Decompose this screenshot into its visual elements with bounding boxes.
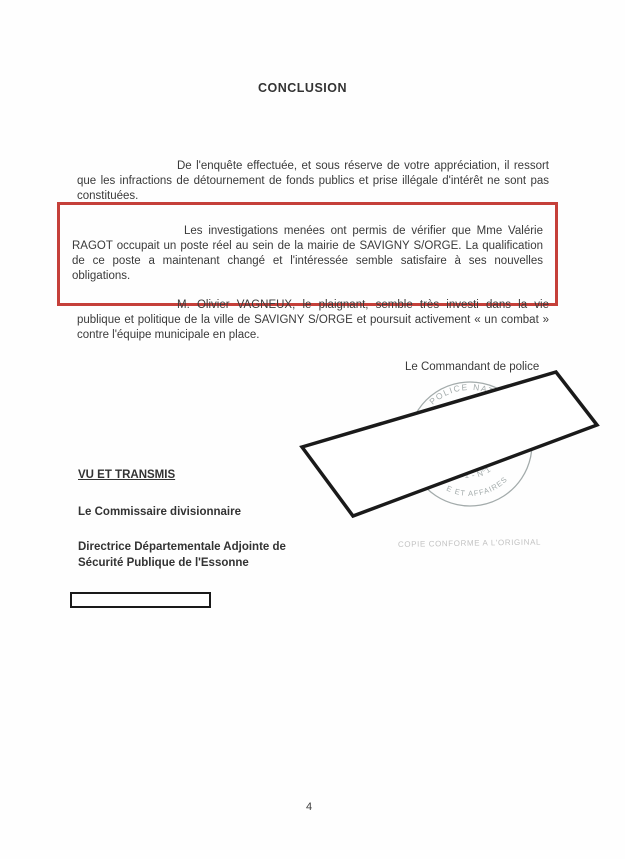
red-highlight-box: Les investigations menées ont permis de … [57, 202, 558, 306]
page-title: CONCLUSION [0, 81, 605, 95]
name-redaction-box [70, 592, 211, 608]
paragraph-highlighted: Les investigations menées ont permis de … [72, 224, 543, 284]
commissaire-divisionnaire-label: Le Commissaire divisionnaire [78, 505, 241, 521]
page-number: 4 [0, 801, 618, 813]
copy-conforme-note: COPIE CONFORME A L'ORIGINAL [398, 538, 541, 549]
stamp-and-redaction-area: POLICE NATIONALE E ET AFFAIRES DDSP 91 -… [280, 358, 625, 558]
document-page: CONCLUSION De l'enquête effectuée, et so… [0, 0, 625, 859]
directrice-departementale-label: Directrice Départementale Adjointe de Sé… [78, 540, 320, 571]
paragraph-plaignant: M. Olivier VAGNEUX, le plaignant, semble… [77, 298, 549, 343]
paragraph-conclusion: De l'enquête effectuée, et sous réserve … [77, 159, 549, 204]
vu-et-transmis-label: VU ET TRANSMIS [78, 468, 175, 484]
